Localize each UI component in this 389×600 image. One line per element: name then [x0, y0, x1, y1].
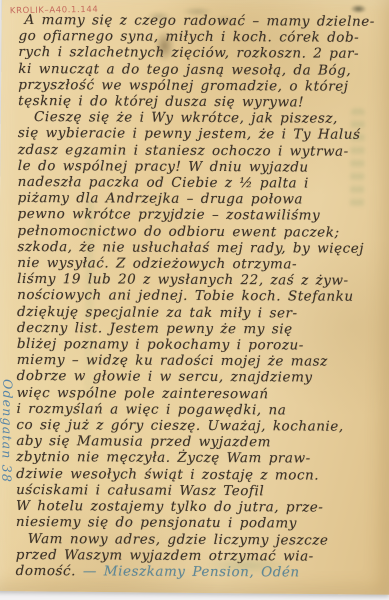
- letter-paper: KROLIK–A40.1.144 A mamy się z czego rado…: [0, 0, 389, 595]
- letter-text: go ofiarnego syna, miłych i koch. córek …: [18, 28, 359, 46]
- letter-line: ki wnucząt a do tego jasną wesołą, da Bó…: [18, 61, 388, 79]
- letter-text: domość.: [16, 563, 83, 579]
- letter-line: A mamy się z czego radować – mamy dzieln…: [19, 12, 389, 30]
- letter-text: zbytnio nie męczyła. Życzę Wam praw-: [16, 449, 311, 467]
- letter-line: Cieszę się że i Wy wkrótce, jak piszesz,: [18, 109, 388, 127]
- letter-text: dobrze w głowie i w sercu, znajdziemy: [17, 368, 313, 386]
- letter-line: nie wysyłać. Z odzieżowych otrzyma-: [17, 255, 387, 273]
- letter-line: nadeszła paczka od Ciebie z ½ palta i: [18, 174, 388, 192]
- letter-line: piżamy dla Andrzejka – druga połowa: [18, 190, 388, 208]
- letter-line: dobrze w głowie i w sercu, znajdziemy: [17, 368, 387, 386]
- margin-note-vertical: Odengatan 38: [0, 379, 15, 483]
- letter-text: bliżej poznamy i pokochamy i porozu-: [17, 336, 304, 354]
- letter-line: i rozmyślań a więc i pogawędki, na: [16, 401, 386, 419]
- letter-text: przyszłość we wspólnej gromadzie, o któr…: [18, 77, 348, 95]
- letter-text: zdasz egzamin i staniesz ochoczo i wytrw…: [18, 142, 349, 160]
- letter-text: niesiemy się do pensjonatu i podamy: [16, 514, 297, 531]
- letter-text: nie wysyłać. Z odzieżowych otrzyma-: [17, 255, 297, 272]
- letter-text: pewno wkrótce przyjdzie – zostawiliśmy: [17, 206, 320, 224]
- letter-line: pewno wkrótce przyjdzie – zostawiliśmy: [17, 206, 387, 224]
- letter-line: zbytnio nie męczyła. Życzę Wam praw-: [16, 449, 386, 467]
- letter-text: się wybieracie i pewny jestem, że i Ty H…: [18, 125, 361, 143]
- letter-text: nościowych ani jednej. Tobie koch. Stefa…: [17, 287, 354, 305]
- letter-text: — Mieszkamy Pension, Odén: [83, 563, 300, 580]
- scan-background: KROLIK–A40.1.144 A mamy się z czego rado…: [0, 0, 389, 600]
- letter-line: go ofiarnego syna, miłych i koch. córek …: [18, 28, 388, 46]
- letter-line: nościowych ani jednej. Tobie koch. Stefa…: [17, 287, 387, 305]
- letter-line: deczny list. Jestem pewny że my się: [17, 320, 387, 338]
- letter-text: tęsknię i do której dusza się wyrywa!: [18, 93, 304, 110]
- letter-line: tęsknię i do której dusza się wyrywa!: [18, 93, 388, 111]
- letter-line: le do wspólnej pracy! W dniu wyjazdu: [18, 158, 388, 176]
- letter-line: W hotelu zostajemy tylko do jutra, prze-: [16, 498, 386, 516]
- letter-text: szkoda, że nie usłuchałaś mej rady, by w…: [17, 239, 364, 257]
- letter-text: le do wspólnej pracy! W dniu wyjazdu: [18, 158, 309, 176]
- letter-line: zdasz egzamin i staniesz ochoczo i wytrw…: [18, 142, 388, 160]
- letter-line: liśmy 19 lub 20 z wysłanych 22, zaś z ży…: [17, 271, 387, 289]
- letter-line: się wybieracie i pewny jestem, że i Ty H…: [18, 125, 388, 143]
- letter-text: dziękuję specjalnie za tak miły i ser-: [17, 304, 298, 321]
- letter-line: rych i szlachetnych zięciów, rozkoszn. 2…: [18, 44, 388, 62]
- letter-body: A mamy się z czego radować – mamy dzieln…: [16, 12, 389, 586]
- letter-line: domość. — Mieszkamy Pension, Odén: [16, 563, 386, 581]
- letter-line: przyszłość we wspólnej gromadzie, o któr…: [18, 77, 388, 95]
- letter-text: rych i szlachetnych zięciów, rozkoszn. 2…: [18, 44, 359, 62]
- letter-text: dziwie wesołych świąt i zostaję z mocn.: [16, 466, 319, 484]
- letter-text: Cieszę się że i Wy wkrótce, jak piszesz,: [34, 109, 338, 127]
- letter-text: nadeszła paczka od Ciebie z ½ palta i: [18, 174, 309, 192]
- letter-text: A mamy się z czego radować – mamy dzieln…: [25, 12, 375, 30]
- letter-text: Wam nowy adres, gdzie liczymy jeszcze: [28, 531, 329, 549]
- letter-line: szkoda, że nie usłuchałaś mej rady, by w…: [17, 239, 387, 257]
- letter-line: bliżej poznamy i pokochamy i porozu-: [17, 336, 387, 354]
- letter-text: przed Waszym wyjazdem otrzymać wia-: [16, 547, 314, 565]
- letter-line: dziwie wesołych świąt i zostaję z mocn.: [16, 466, 386, 484]
- letter-line: Wam nowy adres, gdzie liczymy jeszcze: [16, 530, 386, 548]
- letter-text: aby się Mamusia przed wyjazdem: [16, 433, 271, 450]
- letter-text: liśmy 19 lub 20 z wysłanych 22, zaś z ży…: [17, 271, 349, 289]
- letter-text: więc wspólne pole zainteresowań: [17, 385, 269, 402]
- letter-text: miemy – widzę ku radości mojej że masz: [17, 352, 328, 370]
- letter-text: deczny list. Jestem pewny że my się: [17, 320, 293, 337]
- letter-line: miemy – widzę ku radości mojej że masz: [17, 352, 387, 370]
- letter-text: co się już z góry cieszę. Uważaj, kochan…: [16, 417, 343, 435]
- letter-line: co się już z góry cieszę. Uważaj, kochan…: [16, 417, 386, 435]
- letter-text: W hotelu zostajemy tylko do jutra, prze-: [16, 498, 324, 516]
- letter-line: dziękuję specjalnie za tak miły i ser-: [17, 304, 387, 322]
- letter-text: i rozmyślań a więc i pogawędki, na: [16, 401, 286, 418]
- letter-line: pełnomocnictwo do odbioru ewent paczek;: [17, 223, 387, 241]
- letter-text: piżamy dla Andrzejka – druga połowa: [18, 190, 304, 207]
- letter-line: niesiemy się do pensjonatu i podamy: [16, 514, 386, 532]
- letter-text: ki wnucząt a do tego jasną wesołą, da Bó…: [18, 61, 351, 79]
- letter-line: uściskami i całusami Wasz Teofil: [16, 482, 386, 500]
- letter-line: więc wspólne pole zainteresowań: [17, 385, 387, 403]
- letter-text: pełnomocnictwo do odbioru ewent paczek;: [17, 223, 339, 241]
- letter-line: przed Waszym wyjazdem otrzymać wia-: [16, 547, 386, 565]
- letter-text: uściskami i całusami Wasz Teofil: [16, 482, 264, 499]
